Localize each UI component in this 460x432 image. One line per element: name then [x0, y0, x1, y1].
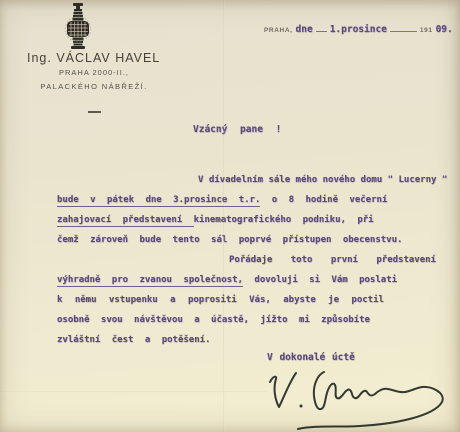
dateline-word-dne: dne: [296, 24, 313, 35]
underlined-typed-text: výhradně pro zvanou společnost,: [57, 275, 243, 287]
dateline-typed-year: 09.: [436, 24, 453, 35]
signature-handwriting: [256, 366, 460, 432]
letter-body-line: zahajovací představení kinematografickéh…: [57, 210, 453, 230]
dateline-year-printed: 191: [420, 27, 433, 34]
lantern-logo-icon: [64, 3, 92, 49]
letter-body-line: zvláštní čest a potěšení.: [57, 330, 453, 350]
letter-body-line: k němu vstupenku a poprositi Vás, abyste…: [57, 290, 453, 310]
letterhead-name: Ing. VÁCLAV HAVEL: [27, 51, 167, 65]
fold-crease-horizontal: [0, 391, 267, 393]
dateline-place-printed: PRAHA,: [264, 27, 293, 34]
letter-body: V dívadelním sále mého nového domu " Luc…: [57, 170, 453, 350]
typed-text: k němu vstupenku a poprositi Vás, abyste…: [57, 295, 384, 305]
typed-text: V dívadelním sále mého nového domu " Luc…: [198, 175, 447, 185]
typed-text: osobně svou návštěvou a účastě, jížto mi…: [57, 315, 370, 325]
dateline-rule-1: [316, 23, 327, 32]
typed-text: Pořádaje toto první představení: [229, 255, 436, 265]
dateline-rule-2: [390, 23, 417, 32]
letter-body-line: Pořádaje toto první představení: [57, 250, 453, 270]
closing: V dokonalé úctě: [267, 352, 355, 363]
dateline-typed-date: 1.prosince: [330, 24, 387, 35]
typed-text: zvláštní čest a potěšení.: [57, 335, 210, 345]
typed-text: kinematografického podniku, při: [194, 215, 374, 225]
letter-body-line: bude v pátek dne 3.prosince t.r. o 8 hod…: [57, 190, 453, 210]
letter-page: Ing. VÁCLAV HAVEL PRAHA 2000-II., PALACK…: [0, 0, 460, 432]
underlined-typed-text: bude v pátek dne 3.prosince t.r.: [57, 195, 260, 207]
letter-body-line: V dívadelním sále mého nového domu " Luc…: [57, 170, 453, 190]
letterhead-ornament: [28, 98, 160, 117]
letter-body-line: výhradně pro zvanou společnost, dovoluji…: [57, 270, 453, 290]
letterhead-address-line1: PRAHA 2000-II.,: [28, 68, 160, 77]
fold-crease-vertical: [223, 0, 225, 432]
typed-text: dovoluji si Vám poslati: [243, 275, 397, 285]
letterhead-address-line2: PALACKÉHO NÁBŘEŽÍ.: [28, 82, 160, 91]
typed-text: o 8 hodině večerní: [260, 195, 387, 205]
salutation: Vzácný pane !: [193, 124, 281, 135]
dateline: PRAHA, dne 1.prosince 191 09.: [264, 23, 453, 35]
letter-body-line: osobně svou návštěvou a účastě, jížto mi…: [57, 310, 453, 330]
underlined-typed-text: zahajovací představení: [57, 215, 194, 227]
typed-text: čemž zároveň bude tento sál poprvé příst…: [57, 235, 402, 245]
letter-body-line: čemž zároveň bude tento sál poprvé příst…: [57, 230, 453, 250]
